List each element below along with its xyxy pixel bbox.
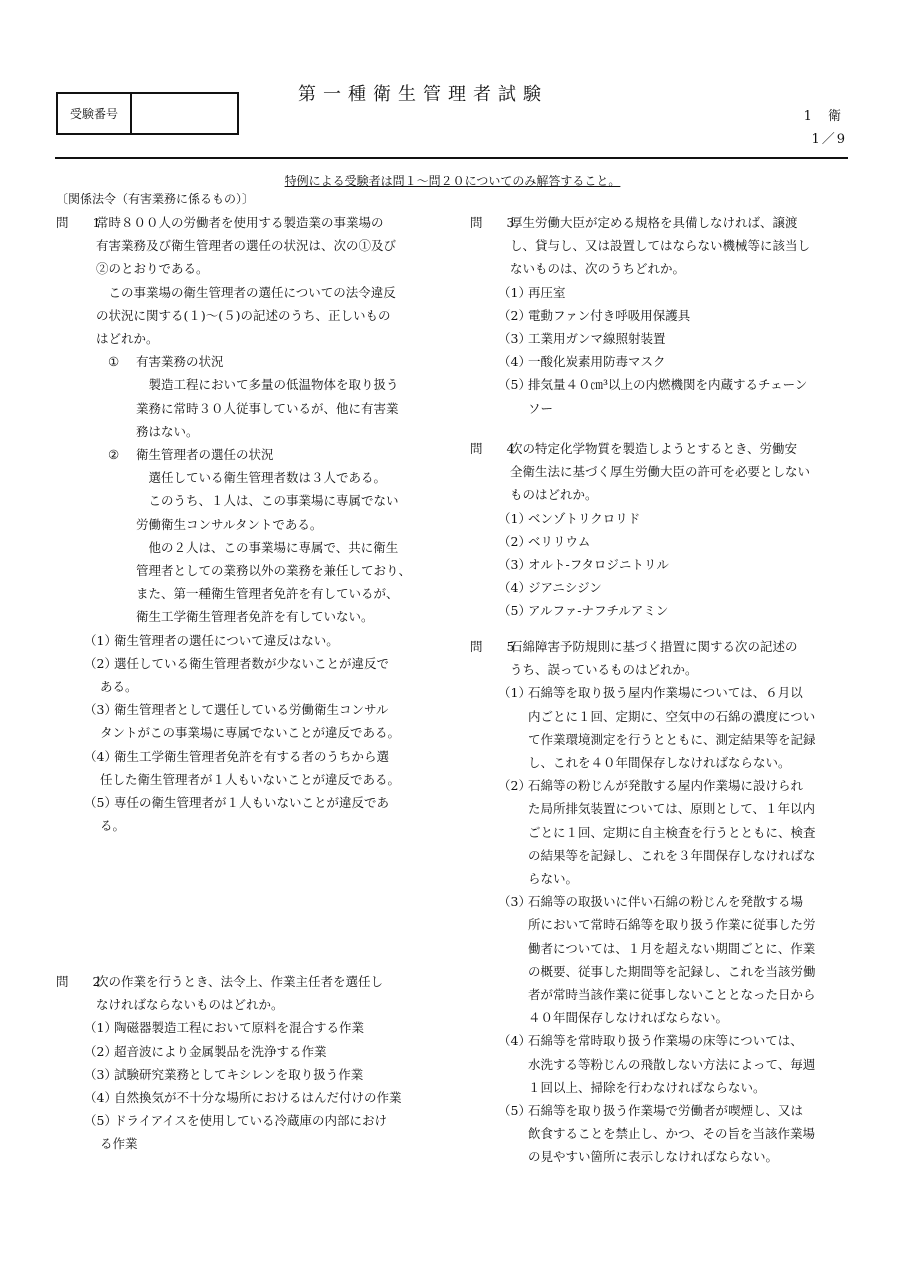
page-number: 1／9 <box>811 128 847 147</box>
option-text: ベンゾトリクロリド <box>528 507 640 530</box>
options-list: （1）再圧室 （2）電動ファン付き呼吸用保護具 （3）工業用ガンマ線照射装置 （… <box>470 281 810 420</box>
option-number: （4） <box>84 1086 114 1109</box>
option-5[interactable]: （5）ドライアイスを使用している冷蔵庫の内部におけ <box>84 1109 402 1132</box>
option-text: ベリリウム <box>528 530 590 553</box>
option-text-cont: らない。 <box>498 867 816 890</box>
option-text: 石綿等の粉じんが発散する屋内作業場に設けられ <box>528 774 803 797</box>
question-stem-line: 常時８００人の労働者を使用する製造業の事業場の <box>96 211 384 234</box>
condition-2-heading: ② 衛生管理者の選任の状況 <box>56 443 411 466</box>
option-text-cont: る作業 <box>84 1132 402 1155</box>
question-stem-line: し、貸与し、又は設置してはならない機械等に該当し <box>470 234 810 257</box>
option-text: ドライアイスを使用している冷蔵庫の内部におけ <box>114 1109 387 1132</box>
option-text: 石綿等の取扱いに伴い石綿の粉じんを発散する場 <box>528 890 803 913</box>
option-number: （3） <box>498 553 528 576</box>
question-stem-line: この事業場の衛生管理者の選任についての法令違反 <box>56 281 411 304</box>
condition-mark: ② <box>108 443 136 466</box>
option-number: （3） <box>498 327 528 350</box>
option-number: （3） <box>84 698 114 721</box>
option-text: ジアニシジン <box>528 576 602 599</box>
question-number: 問 3 <box>470 211 510 234</box>
option-text-cont: る。 <box>84 814 411 837</box>
option-text-cont: １回以上、掃除を行わなければならない。 <box>498 1076 816 1099</box>
option-number: （3） <box>498 890 528 913</box>
option-3[interactable]: （3）石綿等の取扱いに伴い石綿の粉じんを発散する場 <box>498 890 816 913</box>
option-3[interactable]: （3）衛生管理者として選任している労働衛生コンサル <box>84 698 411 721</box>
question-stem-line: なければならないものはどれか。 <box>56 993 402 1016</box>
option-number: （1） <box>84 1016 114 1039</box>
option-1[interactable]: （1）石綿等を取り扱う屋内作業場については、６月以 <box>498 681 816 704</box>
options-list: （1）陶磁器製造工程において原料を混合する作業 （2）超音波により金属製品を洗浄… <box>56 1016 402 1155</box>
option-text-cont: て作業環境測定を行うとともに、測定結果等を記録 <box>498 728 816 751</box>
condition-line: 業務に常時３０人従事しているが、他に有害業 <box>56 397 411 420</box>
option-2[interactable]: （2）電動ファン付き呼吸用保護具 <box>498 304 810 327</box>
option-number: （1） <box>498 681 528 704</box>
option-text: 排気量４０㎝³以上の内燃機関を内蔵するチェーン <box>528 373 807 396</box>
option-text-cont: の結果等を記録し、これを３年間保存しなければな <box>498 844 816 867</box>
condition-1-heading: ① 有害業務の状況 <box>56 350 411 373</box>
condition-line: 管理者としての業務以外の業務を兼任しており、 <box>56 559 411 582</box>
option-text: 再圧室 <box>528 281 566 304</box>
option-2[interactable]: （2）石綿等の粉じんが発散する屋内作業場に設けられ <box>498 774 816 797</box>
option-3[interactable]: （3）工業用ガンマ線照射装置 <box>498 327 810 350</box>
option-text-cont: 任した衛生管理者が１人もいないことが違反である。 <box>84 768 411 791</box>
option-text: アルファ-ナフチルアミン <box>528 599 668 622</box>
question-stem-line: の状況に関する(１)～(５)の記述のうち、正しいもの <box>56 304 411 327</box>
option-text-cont: ごとに１回、定期に自主検査を行うとともに、検査 <box>498 821 816 844</box>
question-stem-line: はどれか。 <box>56 327 411 350</box>
question-stem-line: 厚生労働大臣が定める規格を具備しなければ、譲渡 <box>510 211 798 234</box>
option-number: （5） <box>84 791 114 814</box>
question-4: 問 4 次の特定化学物質を製造しようとするとき、労働安 全衛生法に基づく厚生労働… <box>470 437 810 623</box>
page-code: 1 衛 <box>804 105 847 124</box>
option-number: （4） <box>498 1029 528 1052</box>
question-stem-line: 全衛生法に基づく厚生労働大臣の許可を必要としない <box>470 460 810 483</box>
option-2[interactable]: （2）超音波により金属製品を洗浄する作業 <box>84 1040 402 1063</box>
option-text-cont: ソー <box>498 397 810 420</box>
option-text-cont: し、これを４０年間保存しなければならない。 <box>498 751 816 774</box>
option-text: 衛生管理者として選任している労働衛生コンサル <box>114 698 388 721</box>
option-text-cont: ４０年間保存しなければならない。 <box>498 1006 816 1029</box>
option-text: 石綿等を取り扱う作業場で労働者が喫煙し、又は <box>528 1099 803 1122</box>
question-number: 問 1 <box>56 211 96 234</box>
option-number: （2） <box>84 1040 114 1063</box>
condition-heading: 有害業務の状況 <box>136 350 224 373</box>
option-text-cont: 働者については、１月を超えない期間ごとに、作業 <box>498 937 816 960</box>
option-4[interactable]: （4）ジアニシジン <box>498 576 810 599</box>
question-stem-line: 次の特定化学物質を製造しようとするとき、労働安 <box>510 437 797 460</box>
question-2: 問 2 次の作業を行うとき、法令上、作業主任者を選任し なければならないものはど… <box>56 970 402 1156</box>
condition-line: 務はない。 <box>56 420 411 443</box>
options-list: （1）ベンゾトリクロリド （2）ベリリウム （3）オルト-フタロジニトリル （4… <box>470 507 810 623</box>
option-text: 衛生工学衛生管理者免許を有する者のうちから選 <box>114 745 389 768</box>
option-text: 石綿等を取り扱う屋内作業場については、６月以 <box>528 681 803 704</box>
option-5[interactable]: （5）専任の衛生管理者が１人もいないことが違反であ <box>84 791 411 814</box>
option-text: 陶磁器製造工程において原料を混合する作業 <box>114 1016 364 1039</box>
option-number: （2） <box>84 652 114 675</box>
option-number: （1） <box>498 507 528 530</box>
question-number: 問 5 <box>470 635 510 658</box>
question-5: 問 5 石綿障害予防規則に基づく措置に関する次の記述の うち、誤っているものはど… <box>470 635 816 1169</box>
question-stem-line: うち、誤っているものはどれか。 <box>470 658 816 681</box>
option-4[interactable]: （4）石綿等を常時取り扱う作業場の床等については、 <box>498 1029 816 1052</box>
option-5[interactable]: （5）排気量４０㎝³以上の内燃機関を内蔵するチェーン <box>498 373 810 396</box>
option-text-cont: の見やすい箇所に表示しなければならない。 <box>498 1145 816 1168</box>
option-4[interactable]: （4）衛生工学衛生管理者免許を有する者のうちから選 <box>84 745 411 768</box>
option-text: 工業用ガンマ線照射装置 <box>528 327 666 350</box>
exam-number-box: 受験番号 <box>56 92 239 135</box>
option-text: 超音波により金属製品を洗浄する作業 <box>114 1040 327 1063</box>
option-number: （5） <box>498 373 528 396</box>
option-number: （4） <box>498 576 528 599</box>
option-text-cont: 内ごとに１回、定期に、空気中の石綿の濃度につい <box>498 705 816 728</box>
option-text-cont: の概要、従事した期間等を記録し、これを当該労働 <box>498 960 816 983</box>
condition-line: 他の２人は、この事業場に専属で、共に衛生 <box>56 536 411 559</box>
condition-line: また、第一種衛生管理者免許を有しているが、 <box>56 582 411 605</box>
notice-text: 特例による受験者は問１～問２０についてのみ解答すること。 <box>285 174 621 188</box>
option-text-cont: 水洗する等粉じんの飛散しない方法によって、毎週 <box>498 1053 816 1076</box>
section-label: 〔関係法令（有害業務に係るもの）〕 <box>56 190 254 207</box>
option-text-cont: ある。 <box>84 675 411 698</box>
option-number: （5） <box>84 1109 114 1132</box>
option-5[interactable]: （5）アルファ-ナフチルアミン <box>498 599 810 622</box>
option-number: （1） <box>84 629 114 652</box>
option-text: 専任の衛生管理者が１人もいないことが違反であ <box>114 791 389 814</box>
question-stem-line: ②のとおりである。 <box>56 257 411 280</box>
condition-heading: 衛生管理者の選任の状況 <box>136 443 274 466</box>
condition-line: 製造工程において多量の低温物体を取り扱う <box>56 373 411 396</box>
option-text-cont: タントがこの事業場に専属でないことが違反である。 <box>84 721 411 744</box>
question-3: 問 3 厚生労働大臣が定める規格を具備しなければ、譲渡 し、貸与し、又は設置して… <box>470 211 810 420</box>
option-2[interactable]: （2）選任している衛生管理者数が少ないことが違反で <box>84 652 411 675</box>
option-1[interactable]: （1）衛生管理者の選任について違反はない。 <box>84 629 411 652</box>
option-1[interactable]: （1）ベンゾトリクロリド <box>498 507 810 530</box>
option-number: （2） <box>498 304 528 327</box>
option-text-cont: 者が常時当該作業に従事しないこととなった日から <box>498 983 816 1006</box>
option-number: （5） <box>498 599 528 622</box>
option-4[interactable]: （4）自然換気が不十分な場所におけるはんだ付けの作業 <box>84 1086 402 1109</box>
option-text: 選任している衛生管理者数が少ないことが違反で <box>114 652 389 675</box>
question-stem-line: 石綿障害予防規則に基づく措置に関する次の記述の <box>510 635 798 658</box>
question-stem-line: ないものは、次のうちどれか。 <box>470 257 810 280</box>
options-list: （1）石綿等を取り扱う屋内作業場については、６月以 内ごとに１回、定期に、空気中… <box>470 681 816 1168</box>
option-number: （2） <box>498 774 528 797</box>
option-number: （4） <box>498 350 528 373</box>
option-text: オルト-フタロジニトリル <box>528 553 669 576</box>
question-number: 問 4 <box>470 437 510 460</box>
option-number: （5） <box>498 1099 528 1122</box>
condition-mark: ① <box>108 350 136 373</box>
condition-line: このうち、１人は、この事業場に専属でない <box>56 489 411 512</box>
page-title: 第一種衛生管理者試験 <box>298 80 548 106</box>
question-stem-line: ものはどれか。 <box>470 483 810 506</box>
option-3[interactable]: （3）試験研究業務としてキシレンを取り扱う作業 <box>84 1063 402 1086</box>
notice: 特例による受験者は問１～問２０についてのみ解答すること。 <box>0 172 905 189</box>
option-text-cont: 飲食することを禁止し、かつ、その旨を当該作業場 <box>498 1122 816 1145</box>
question-1: 問 1 常時８００人の労働者を使用する製造業の事業場の 有害業務及び衛生管理者の… <box>56 211 411 837</box>
option-number: （4） <box>84 745 114 768</box>
option-number: （3） <box>84 1063 114 1086</box>
option-text-cont: 所において常時石綿等を取り扱う作業に従事した労 <box>498 913 816 936</box>
question-stem-line: 有害業務及び衛生管理者の選任の状況は、次の①及び <box>56 234 411 257</box>
option-text-cont: た局所排気装置については、原則として、１年以内 <box>498 797 816 820</box>
header-divider <box>55 157 848 159</box>
option-text: 衛生管理者の選任について違反はない。 <box>114 629 339 652</box>
options-list: （1）衛生管理者の選任について違反はない。 （2）選任している衛生管理者数が少な… <box>56 629 411 838</box>
exam-number-label: 受験番号 <box>58 94 132 133</box>
condition-line: 衛生工学衛生管理者免許を有していない。 <box>56 605 411 628</box>
option-1[interactable]: （1）陶磁器製造工程において原料を混合する作業 <box>84 1016 402 1039</box>
question-number: 問 2 <box>56 970 96 993</box>
option-text: 電動ファン付き呼吸用保護具 <box>528 304 690 327</box>
option-3[interactable]: （3）オルト-フタロジニトリル <box>498 553 810 576</box>
option-text: 一酸化炭素用防毒マスク <box>528 350 666 373</box>
option-5[interactable]: （5）石綿等を取り扱う作業場で労働者が喫煙し、又は <box>498 1099 816 1122</box>
exam-number-field[interactable] <box>132 94 237 133</box>
option-number: （2） <box>498 530 528 553</box>
option-text: 試験研究業務としてキシレンを取り扱う作業 <box>114 1063 363 1086</box>
option-4[interactable]: （4）一酸化炭素用防毒マスク <box>498 350 810 373</box>
condition-line: 労働衛生コンサルタントである。 <box>56 513 411 536</box>
condition-line: 選任している衛生管理者数は３人である。 <box>56 466 411 489</box>
option-text: 石綿等を常時取り扱う作業場の床等については、 <box>528 1029 803 1052</box>
option-text: 自然換気が不十分な場所におけるはんだ付けの作業 <box>114 1086 402 1109</box>
option-number: （1） <box>498 281 528 304</box>
option-1[interactable]: （1）再圧室 <box>498 281 810 304</box>
option-2[interactable]: （2）ベリリウム <box>498 530 810 553</box>
question-stem-line: 次の作業を行うとき、法令上、作業主任者を選任し <box>96 970 383 993</box>
